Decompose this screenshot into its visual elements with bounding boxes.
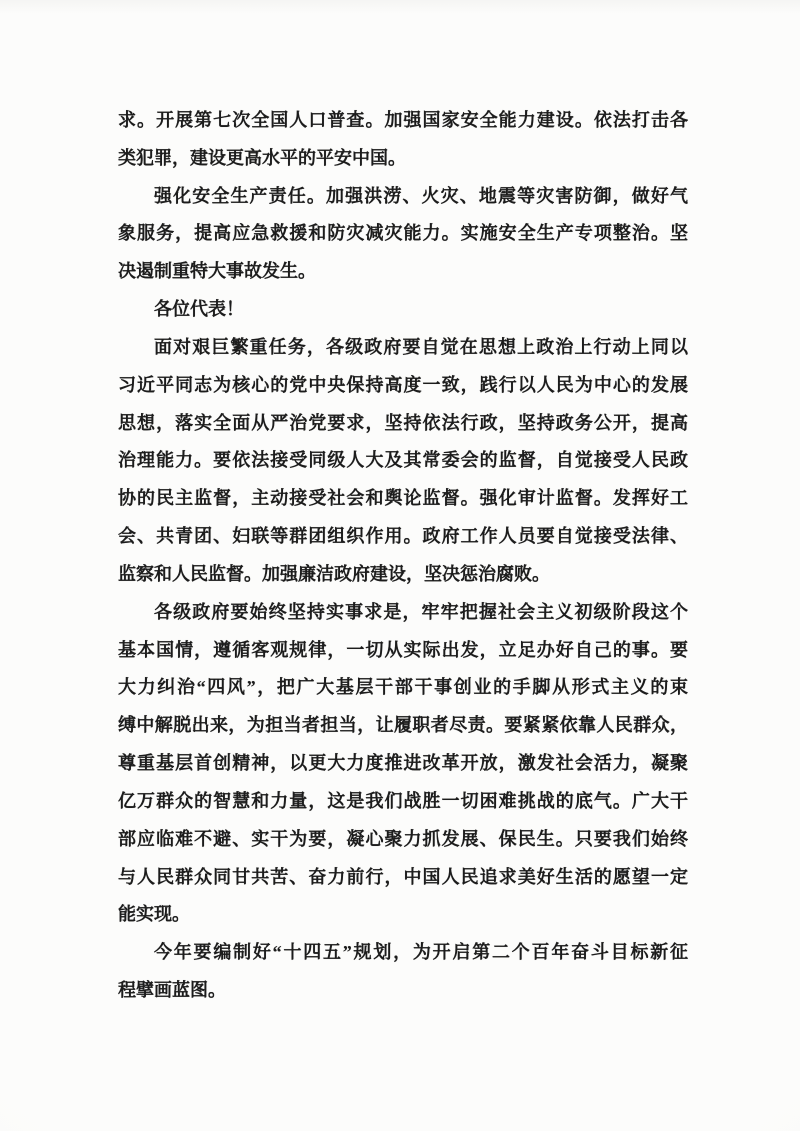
text-line: 大力纠治“四风”，把广大基层干部干事创业的手脚从形式主义的束 — [118, 669, 688, 707]
text-line: 今年要编制好“十四五”规划，为开启第二个百年奋斗目标新征 — [118, 934, 688, 972]
text-line: 习近平同志为核心的党中央保持高度一致，践行以人民为中心的发展 — [118, 367, 688, 405]
text-line: 各位代表！ — [118, 291, 688, 329]
text-line: 监察和人民监督。加强廉洁政府建设，坚决惩治腐败。 — [118, 556, 688, 594]
text-line: 协的民主监督，主动接受社会和舆论监督。强化审计监督。发挥好工 — [118, 480, 688, 518]
scanned-page: 求。开展第七次全国人口普查。加强国家安全能力建设。依法打击各 类犯罪，建设更高水… — [0, 0, 800, 1131]
text-line: 求。开展第七次全国人口普查。加强国家安全能力建设。依法打击各 — [118, 102, 688, 140]
text-line: 基本国情，遵循客观规律，一切从实际出发，立足办好自己的事。要 — [118, 632, 688, 670]
text-line: 各级政府要始终坚持实事求是，牢牢把握社会主义初级阶段这个 — [118, 594, 688, 632]
text-line: 思想，落实全面从严治党要求，坚持依法行政，坚持政务公开，提高 — [118, 405, 688, 443]
text-line: 类犯罪，建设更高水平的平安中国。 — [118, 140, 688, 178]
text-line: 象服务，提高应急救援和防灾减灾能力。实施安全生产专项整治。坚 — [118, 215, 688, 253]
text-line: 亿万群众的智慧和力量，这是我们战胜一切困难挑战的底气。广大干 — [118, 783, 688, 821]
text-line: 能实现。 — [118, 896, 688, 934]
text-line: 程擘画蓝图。 — [118, 972, 688, 1010]
text-line: 尊重基层首创精神，以更大力度推进改革开放，激发社会活力，凝聚 — [118, 745, 688, 783]
text-line: 决遏制重特大事故发生。 — [118, 253, 688, 291]
text-line: 治理能力。要依法接受同级人大及其常委会的监督，自觉接受人民政 — [118, 442, 688, 480]
text-line: 与人民群众同甘共苦、奋力前行，中国人民追求美好生活的愿望一定 — [118, 859, 688, 897]
text-line: 部应临难不避、实干为要，凝心聚力抓发展、保民生。只要我们始终 — [118, 821, 688, 859]
text-line: 面对艰巨繁重任务，各级政府要自觉在思想上政治上行动上同以 — [118, 329, 688, 367]
document-text: 求。开展第七次全国人口普查。加强国家安全能力建设。依法打击各 类犯罪，建设更高水… — [118, 102, 688, 1010]
text-line: 缚中解脱出来，为担当者担当，让履职者尽责。要紧紧依靠人民群众， — [118, 707, 688, 745]
text-line: 强化安全生产责任。加强洪涝、火灾、地震等灾害防御，做好气 — [118, 178, 688, 216]
text-line: 会、共青团、妇联等群团组织作用。政府工作人员要自觉接受法律、 — [118, 518, 688, 556]
